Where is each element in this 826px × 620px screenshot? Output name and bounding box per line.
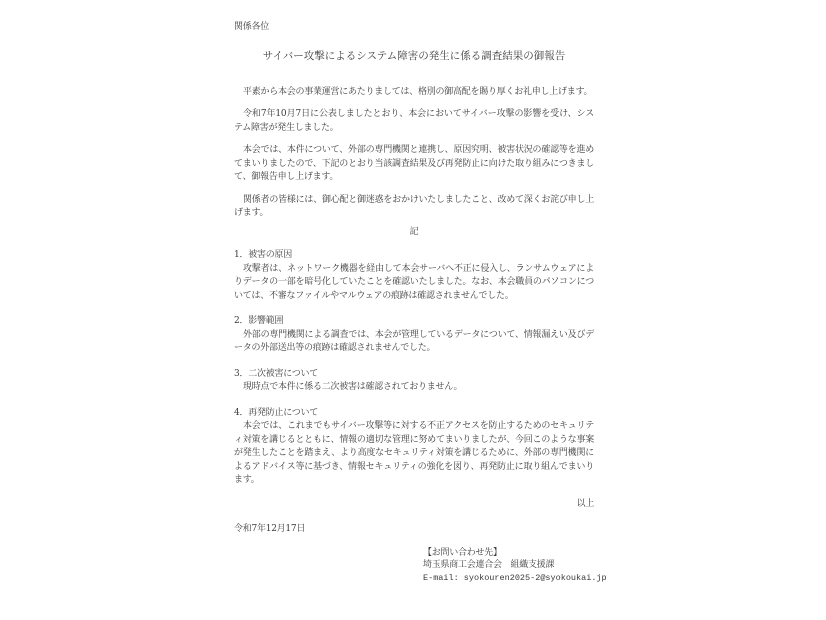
contact-organization: 埼玉県商工会連合会 組織支援課 [423,559,594,572]
body-paragraph: 関係者の皆様には、御心配と御迷惑をおかけいたしましたこと、改めて深くお詫び申し上… [234,194,594,221]
section-item: 1．被害の原因 攻撃者は、ネットワーク機器を経由して本会サーバへ不正に侵入し、ラ… [234,249,594,303]
contact-block: 【お問い合わせ先】 埼玉県商工会連合会 組織支援課 E-mail: syokou… [423,547,594,585]
report-document: 関係各位 サイバー攻撃によるシステム障害の発生に係る調査結果の御報告 平素から本… [234,21,594,584]
section-body: 外部の専門機関による調査では、本会が管理しているデータについて、情報漏えい及びデ… [234,329,594,356]
section-heading: 4．再発防止について [234,407,594,421]
section-heading: 2．影響範囲 [234,315,594,329]
recipient-line: 関係各位 [234,21,594,35]
section-body: 本会では、これまでもサイバー攻撃等に対する不正アクセスを防止するためのセキュリテ… [234,420,594,488]
body-paragraph: 平素から本会の事業運営にあたりましては、格別の御高配を賜り厚くお礼申し上げます。 [234,86,594,100]
document-date: 令和7年12月17日 [234,523,594,537]
section-item: 2．影響範囲 外部の専門機関による調査では、本会が管理しているデータについて、情… [234,315,594,356]
record-marker: 記 [234,226,594,240]
body-paragraph: 令和7年10月7日に公表しましたとおり、本会においてサイバー攻撃の影響を受け、シ… [234,108,594,135]
section-heading: 3．二次被害について [234,368,594,382]
section-body: 現時点で本件に係る二次被害は確認されておりません。 [234,381,594,395]
document-page: 関係各位 サイバー攻撃によるシステム障害の発生に係る調査結果の御報告 平素から本… [0,0,826,620]
closing-text: 以上 [234,498,594,512]
document-title: サイバー攻撃によるシステム障害の発生に係る調査結果の御報告 [234,49,594,64]
contact-email: E-mail: syokouren2025-2@syokoukai.jp [423,572,594,585]
section-item: 3．二次被害について 現時点で本件に係る二次被害は確認されておりません。 [234,368,594,395]
section-heading: 1．被害の原因 [234,249,594,263]
section-item: 4．再発防止について 本会では、これまでもサイバー攻撃等に対する不正アクセスを防… [234,407,594,488]
contact-label: 【お問い合わせ先】 [423,547,594,560]
body-paragraph: 本会では、本件について、外部の専門機関と連携し、原因究明、被害状況の確認等を進め… [234,144,594,185]
section-body: 攻撃者は、ネットワーク機器を経由して本会サーバへ不正に侵入し、ランサムウェアによ… [234,263,594,304]
